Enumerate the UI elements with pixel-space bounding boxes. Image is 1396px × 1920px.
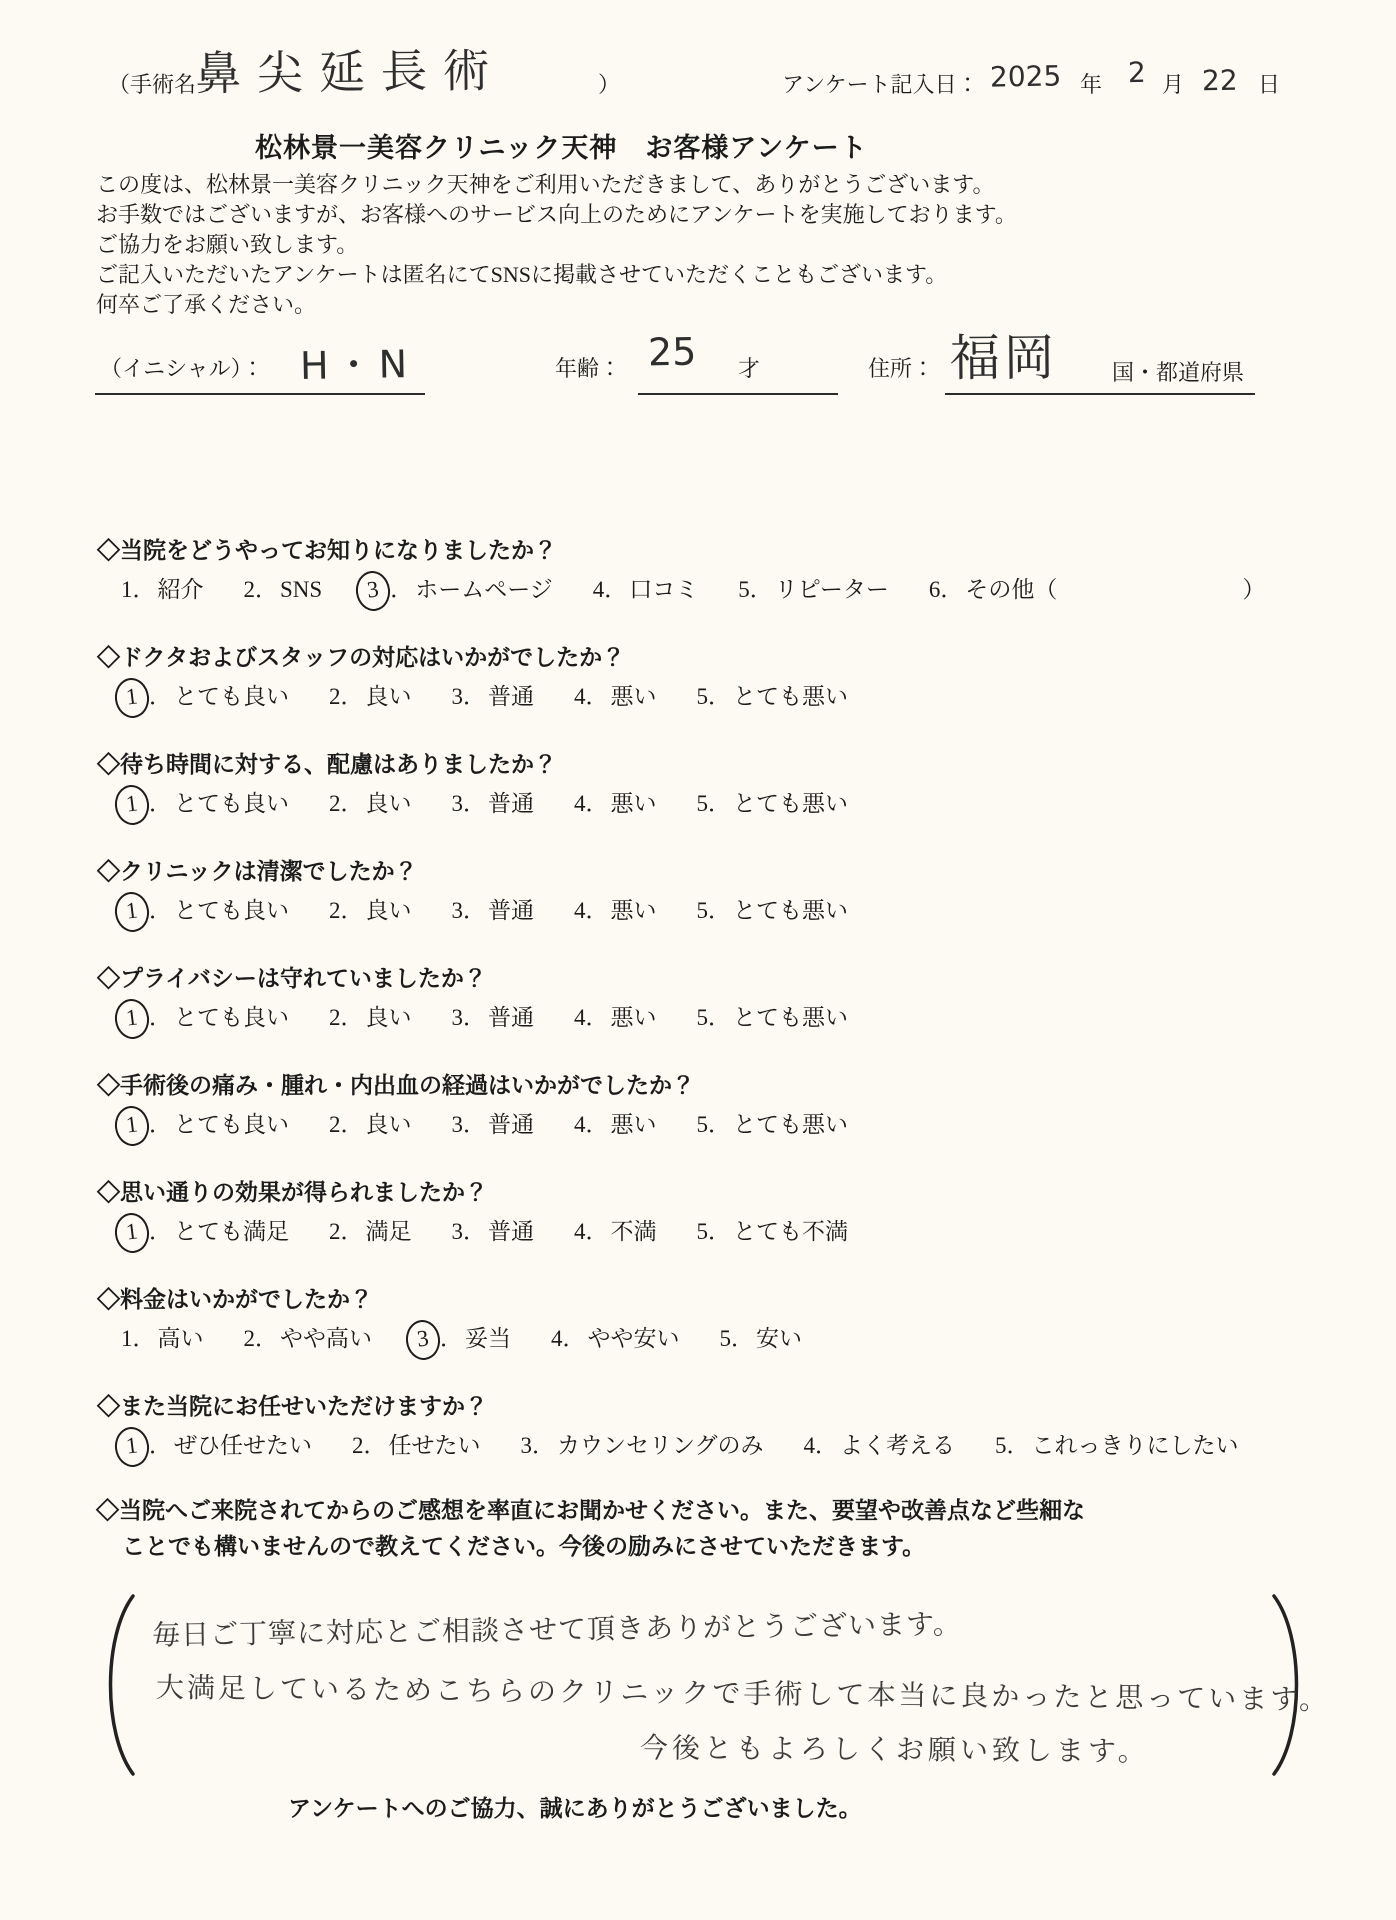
initial-value: H・N [300,333,414,390]
option-number: 1 [121,573,133,607]
option-number-period: ． [604,577,627,602]
address-label: 住所： [868,352,934,383]
option-number-period: ． [731,1326,754,1351]
option-number-period: ． [463,791,486,816]
option-number-period: ． [708,1112,731,1137]
selected-option-number: 1 [113,1211,152,1255]
question-heading: ◇また当院にお任せいただけますか？ [97,1391,1367,1421]
option-item: 3．ホームページ [362,577,553,602]
option-item: 4．悪い [574,1112,657,1137]
option-item: 3．普通 [452,791,535,816]
question-block: ◇クリニックは清潔でしたか？ 1．とても良い2．良い3．普通4．悪い5．とても悪… [97,856,1367,963]
option-number-period: ． [149,898,172,923]
address-country-pref-label: 国・都道府県 [1112,356,1244,387]
option-number: 4 [804,1429,816,1463]
age-underline [638,393,838,395]
option-item: 1．高い [121,1326,204,1351]
option-number-period: ． [133,577,156,602]
question-options: 1．高い2．やや高い3．妥当4．やや安い5．安い [121,1322,1367,1356]
option-number: 4 [574,1215,586,1249]
question-heading: ◇プライバシーは守れていましたか？ [97,963,1367,993]
handwritten-comment-line: 大満足しているためこちらのクリニックで手術して本当に良かったと思っています。 [156,1666,1330,1718]
question-heading: ◇当院をどうやってお知りになりましたか？ [97,535,1367,565]
selected-option-number: 3 [404,1318,443,1362]
page-title: 松林景一美容クリニック天神 お客様アンケート [255,126,868,165]
option-label: とても良い [174,1005,289,1030]
option-label: 悪い [611,1005,657,1030]
intro-line: ご協力をお願い致します。 [96,230,1017,260]
option-number-period: ． [341,1219,364,1244]
option-number: 4 [574,1108,586,1142]
option-label: 良い [366,684,412,709]
option-number-period: ． [149,1433,172,1458]
option-number-period: ． [708,684,731,709]
option-number-period: ． [708,1219,731,1244]
option-label: その他（ [965,577,1057,602]
option-number-period: ． [149,684,172,709]
option-number-period: ． [586,684,609,709]
option-number-period: ． [341,791,364,816]
option-item: 3．普通 [452,1219,535,1244]
option-number-period: ． [133,1326,156,1351]
option-label: よく考える [840,1433,955,1458]
question-block: ◇思い通りの効果が得られましたか？ 1．とても満足2．満足3．普通4．不満5．と… [97,1177,1367,1284]
option-number-period: ． [149,791,172,816]
option-label: ぜひ任せたい [174,1433,312,1458]
option-number: 6 [929,573,941,607]
option-number-period: ． [586,1219,609,1244]
option-item: 2．良い [329,898,412,923]
option-number: 2 [329,1108,341,1142]
option-label: 良い [366,898,412,923]
option-label: 口コミ [629,577,698,602]
option-number-period: ． [708,791,731,816]
selected-option-number: 1 [113,1425,152,1469]
age-value: 25 [648,330,697,375]
option-number-period: ． [149,1219,172,1244]
option-label: とても悪い [733,1112,848,1137]
option-label: 普通 [488,1219,534,1244]
option-number: 5 [697,894,709,928]
option-item: 5．とても悪い [697,1005,849,1030]
option-number-period: ． [341,898,364,923]
option-number-period: ． [563,1326,586,1351]
option-item: 3．普通 [452,898,535,923]
option-item: 5．安い [720,1326,803,1351]
option-label: 普通 [488,684,534,709]
option-item: 4．悪い [574,898,657,923]
option-label: 高い [158,1326,204,1351]
comment-prompt: ◇当院へご来院されてからのご感想を率直にお聞かせください。また、要望や改善点など… [96,1492,1085,1564]
option-label: 普通 [488,1112,534,1137]
option-number: 4 [593,573,605,607]
option-label: とても悪い [733,791,848,816]
option-item: 2．満足 [329,1219,412,1244]
option-number-period: ． [532,1433,555,1458]
option-number-period: ． [463,684,486,709]
option-number-period: ． [586,1112,609,1137]
intro-paragraph: この度は、松林景一美容クリニック天神をご利用いただきまして、ありがとうございます… [96,170,1017,320]
option-number: 4 [574,1001,586,1035]
question-heading: ◇料金はいかがでしたか？ [97,1284,1367,1314]
option-item: 5．とても悪い [697,898,849,923]
option-number-period: ． [341,1112,364,1137]
address-value: 福岡 [950,318,1059,391]
option-item: 5．とても不満 [697,1219,849,1244]
option-label: 悪い [611,898,657,923]
option-number-period: ． [463,1112,486,1137]
option-number: 5 [995,1429,1007,1463]
option-label: SNS [280,577,322,602]
option-number-period: ． [341,1005,364,1030]
question-options: 1．とても良い2．良い3．普通4．悪い5．とても悪い [121,1001,1367,1035]
option-label: とても悪い [733,684,848,709]
other-close-paren: ） [1242,577,1265,602]
option-label: 満足 [366,1219,412,1244]
option-item: 5．とても悪い [697,1112,849,1137]
option-number-period: ． [940,577,963,602]
option-number: 3 [452,787,464,821]
question-options: 1．とても良い2．良い3．普通4．悪い5．とても悪い [121,680,1367,714]
option-label: 良い [366,1005,412,1030]
option-number: 2 [329,894,341,928]
option-number: 4 [574,894,586,928]
option-item: 3．普通 [452,684,535,709]
option-number-period: ． [255,1326,278,1351]
comment-open-bracket [95,1592,139,1778]
option-item: 6．その他（） [929,577,1266,602]
option-number: 5 [738,573,750,607]
comment-prompt-line: ◇当院へご来院されてからのご感想を率直にお聞かせください。また、要望や改善点など… [96,1492,1085,1528]
survey-date-month: 2 [1128,56,1146,89]
question-block: ◇ドクタおよびスタッフの対応はいかがでしたか？ 1．とても良い2．良い3．普通4… [97,642,1367,749]
option-item: 3．普通 [452,1005,535,1030]
question-options: 1．とても良い2．良い3．普通4．悪い5．とても悪い [121,894,1367,928]
option-number: 2 [329,1215,341,1249]
option-item: 4．よく考える [804,1433,956,1458]
option-number: 5 [720,1322,732,1356]
option-label: これっきりにしたい [1032,1433,1239,1458]
address-underline [945,393,1255,395]
option-label: 普通 [488,898,534,923]
option-number: 4 [551,1322,563,1356]
intro-line: この度は、松林景一美容クリニック天神をご利用いただきまして、ありがとうございます… [96,170,1017,200]
option-label: 悪い [611,1112,657,1137]
option-item: 1．とても良い [121,791,289,816]
option-number-period: ． [341,684,364,709]
option-number-period: ． [463,1005,486,1030]
option-label: 妥当 [465,1326,511,1351]
option-item: 5．リピーター [738,577,889,602]
option-item: 1．とても良い [121,684,289,709]
question-options: 1．ぜひ任せたい2．任せたい3．カウンセリングのみ4．よく考える5．これっきりに… [121,1429,1367,1463]
option-number: 3 [452,1108,464,1142]
initial-underline [95,393,425,395]
option-number: 5 [697,1001,709,1035]
option-number: 4 [574,787,586,821]
option-label: とても不満 [733,1219,848,1244]
option-label: とても良い [174,791,289,816]
option-label: やや高い [280,1326,372,1351]
option-number: 3 [452,1001,464,1035]
option-number-period: ． [586,791,609,816]
option-item: 1．ぜひ任せたい [121,1433,312,1458]
option-number: 1 [121,1322,133,1356]
option-item: 3．普通 [452,1112,535,1137]
option-item: 5．とても悪い [697,684,849,709]
option-label: 不満 [611,1219,657,1244]
survey-date-label: アンケート記入日： [782,68,979,99]
option-number-period: ． [815,1433,838,1458]
option-number: 5 [697,1108,709,1142]
initial-label: （イニシャル）： [100,352,264,383]
option-label: 安い [756,1326,802,1351]
month-unit: 月 [1162,68,1184,99]
option-number-period: ． [1007,1433,1030,1458]
option-number: 3 [452,680,464,714]
option-label: ホームページ [415,577,553,602]
option-item: 1．とても良い [121,1112,289,1137]
question-heading: ◇クリニックは清潔でしたか？ [97,856,1367,886]
age-label: 年齢： [555,352,621,383]
option-label: カウンセリングのみ [557,1433,764,1458]
selected-option-number: 1 [113,997,152,1041]
option-label: 普通 [488,1005,534,1030]
option-item: 5．とても悪い [697,791,849,816]
option-number-period: ． [708,898,731,923]
question-block: ◇手術後の痛み・腫れ・内出血の経過はいかがでしたか？ 1．とても良い2．良い3．… [97,1070,1367,1177]
question-heading: ◇手術後の痛み・腫れ・内出血の経過はいかがでしたか？ [97,1070,1367,1100]
option-number-period: ． [149,1005,172,1030]
option-number: 2 [329,787,341,821]
option-label: とても良い [174,898,289,923]
option-item: 2．SNS [244,577,323,602]
comment-prompt-line: ことでも構いませんので教えてください。今後の励みにさせていただきます。 [122,1528,1085,1564]
survey-document: （手術名： 鼻尖延長術 ） アンケート記入日： 2025 年 2 月 22 日 … [0,0,1396,1920]
option-label: やや安い [588,1326,680,1351]
option-number-period: ． [750,577,773,602]
option-label: とても良い [174,684,289,709]
questions: ◇当院をどうやってお知りになりましたか？ 1．紹介2．SNS3．ホームページ4．… [97,535,1367,1498]
option-number-period: ． [463,1219,486,1244]
option-label: 良い [366,1112,412,1137]
option-number-period: ． [586,1005,609,1030]
option-item: 2．やや高い [244,1326,373,1351]
option-item: 3．カウンセリングのみ [521,1433,764,1458]
intro-line: ご記入いただいたアンケートは匿名にてSNSに掲載させていただくこともございます。 [96,260,1017,290]
option-label: 良い [366,791,412,816]
question-heading: ◇ドクタおよびスタッフの対応はいかがでしたか？ [97,642,1367,672]
intro-line: お手数ではございますが、お客様へのサービス向上のためにアンケートを実施しておりま… [96,200,1017,230]
selected-option-number: 1 [113,676,152,720]
question-options: 1．とても満足2．満足3．普通4．不満5．とても不満 [121,1215,1367,1249]
survey-date-day: 22 [1202,64,1238,98]
option-label: 悪い [611,791,657,816]
option-number: 5 [697,787,709,821]
option-number-period: ． [364,1433,387,1458]
option-item: 4．悪い [574,1005,657,1030]
option-item: 2．任せたい [352,1433,481,1458]
option-number: 4 [574,680,586,714]
option-number: 3 [452,894,464,928]
day-unit: 日 [1258,68,1280,99]
option-item: 1．紹介 [121,577,204,602]
option-item: 5．これっきりにしたい [995,1433,1239,1458]
survey-date-year: 2025 [990,59,1062,93]
option-label: とても悪い [733,1005,848,1030]
option-number: 5 [697,1215,709,1249]
handwritten-comment-line: 今後ともよろしくお願い致します。 [640,1726,1150,1770]
option-number: 2 [329,1001,341,1035]
selected-option-number: 1 [113,890,152,934]
option-number-period: ． [149,1112,172,1137]
surgery-name-value: 鼻尖延長術 [195,34,506,103]
option-label: とても悪い [733,898,848,923]
option-number-period: ． [440,1326,463,1351]
question-block: ◇待ち時間に対する、配慮はありましたか？ 1．とても良い2．良い3．普通4．悪い… [97,749,1367,856]
option-item: 3．妥当 [412,1326,511,1351]
selected-option-number: 1 [113,783,152,827]
option-item: 2．良い [329,684,412,709]
option-item: 4．やや安い [551,1326,680,1351]
option-label: 普通 [488,791,534,816]
option-item: 4．悪い [574,791,657,816]
closing-thanks: アンケートへのご協力、誠にありがとうございました。 [288,1790,862,1823]
option-label: とても良い [174,1112,289,1137]
question-block: ◇料金はいかがでしたか？ 1．高い2．やや高い3．妥当4．やや安い5．安い [97,1284,1367,1391]
option-item: 2．良い [329,791,412,816]
question-block: ◇また当院にお任せいただけますか？ 1．ぜひ任せたい2．任せたい3．カウンセリン… [97,1391,1367,1498]
question-heading: ◇思い通りの効果が得られましたか？ [97,1177,1367,1207]
intro-line: 何卒ご了承ください。 [96,290,1017,320]
age-unit: 才 [738,352,760,383]
question-heading: ◇待ち時間に対する、配慮はありましたか？ [97,749,1367,779]
option-number-period: ． [708,1005,731,1030]
option-number-period: ． [255,577,278,602]
year-unit: 年 [1080,68,1102,99]
option-item: 1．とても良い [121,1005,289,1030]
surgery-name-close-paren: ） [598,68,620,99]
option-number: 5 [697,680,709,714]
option-label: 悪い [611,684,657,709]
option-number: 2 [352,1429,364,1463]
handwritten-comment-line: 毎日ご丁寧に対応とご相談させて頂きありがとうございます。 [152,1602,962,1653]
option-number-period: ． [463,898,486,923]
option-number-period: ． [586,898,609,923]
option-number: 2 [244,1322,256,1356]
option-number: 3 [452,1215,464,1249]
option-number: 2 [329,680,341,714]
option-label: リピーター [775,577,889,602]
option-item: 4．口コミ [593,577,699,602]
option-label: 紹介 [158,577,204,602]
option-item: 4．不満 [574,1219,657,1244]
option-number-period: ． [390,577,413,602]
selected-option-number: 1 [113,1104,152,1148]
option-label: とても満足 [174,1219,289,1244]
option-item: 2．良い [329,1005,412,1030]
selected-option-number: 3 [354,569,393,613]
option-item: 4．悪い [574,684,657,709]
question-block: ◇当院をどうやってお知りになりましたか？ 1．紹介2．SNS3．ホームページ4．… [97,535,1367,642]
option-number: 3 [521,1429,533,1463]
question-options: 1．とても良い2．良い3．普通4．悪い5．とても悪い [121,1108,1367,1142]
option-item: 1．とても満足 [121,1219,289,1244]
question-options: 1．紹介2．SNS3．ホームページ4．口コミ5．リピーター6．その他（） [121,573,1367,607]
question-block: ◇プライバシーは守れていましたか？ 1．とても良い2．良い3．普通4．悪い5．と… [97,963,1367,1070]
option-item: 1．とても良い [121,898,289,923]
question-options: 1．とても良い2．良い3．普通4．悪い5．とても悪い [121,787,1367,821]
option-item: 2．良い [329,1112,412,1137]
option-label: 任せたい [389,1433,481,1458]
option-number: 2 [244,573,256,607]
